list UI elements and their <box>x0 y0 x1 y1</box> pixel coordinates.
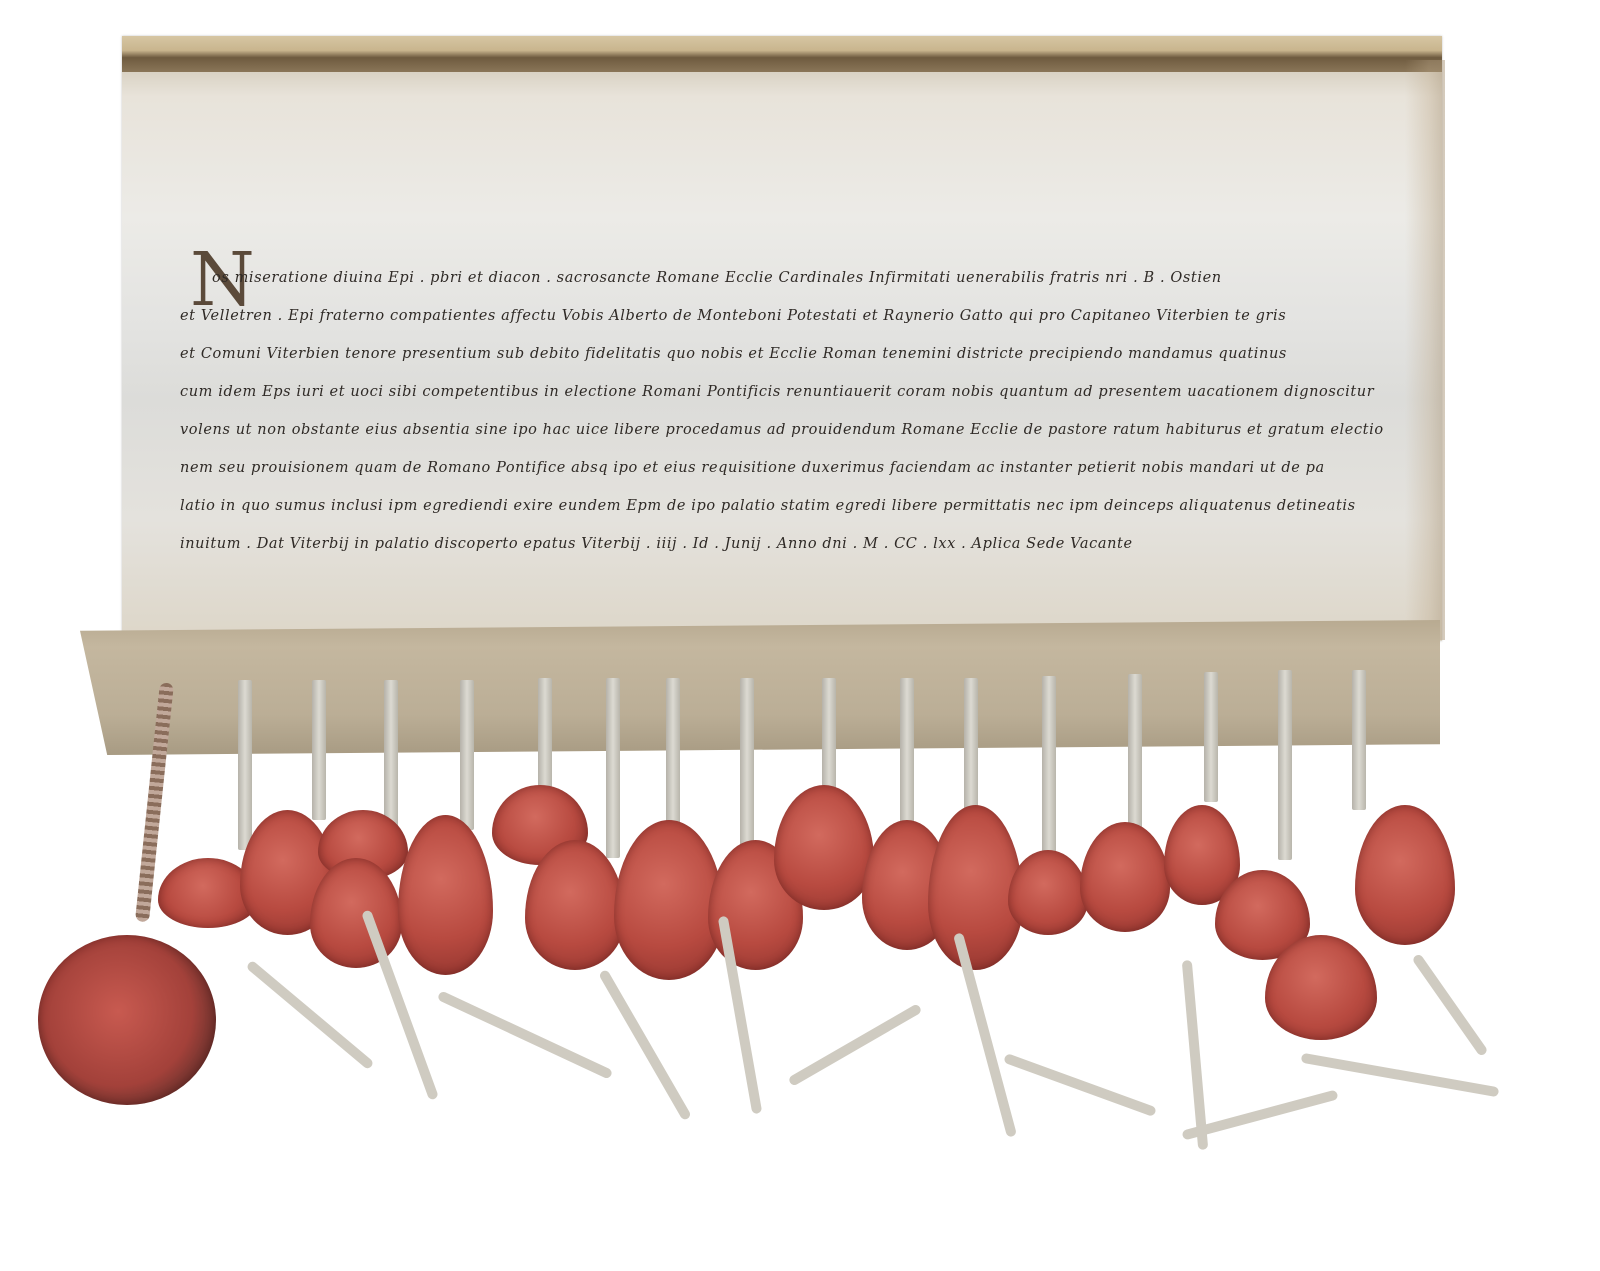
seal-tag <box>312 680 326 820</box>
loose-ribbon <box>788 1003 923 1087</box>
charter-line: os miseratione diuina Epi . pbri et diac… <box>212 270 1222 286</box>
seal-tag <box>1042 676 1056 856</box>
wax-seal <box>1008 850 1088 935</box>
charter-line: nem seu prouisionem quam de Romano Ponti… <box>180 460 1325 476</box>
loose-ribbon <box>1411 953 1488 1057</box>
seal-tag <box>666 678 680 828</box>
round-wax-seal <box>38 935 216 1105</box>
seal-tag <box>1128 674 1142 834</box>
loose-ribbon <box>437 990 613 1079</box>
plica-fold <box>80 620 1440 755</box>
charter-line: cum idem Eps iuri et uoci sibi competent… <box>180 384 1374 400</box>
wax-seal <box>1355 805 1455 945</box>
seal-tag <box>606 678 620 858</box>
seal-tag <box>1204 672 1218 802</box>
parchment-top-edge <box>122 36 1442 72</box>
seal-tag <box>238 680 252 850</box>
loose-ribbon <box>1003 1053 1157 1117</box>
charter-line: inuitum . Dat Viterbij in palatio discop… <box>180 536 1133 552</box>
charter-line: et Velletren . Epi fraterno compatientes… <box>180 308 1286 324</box>
seal-tag <box>1278 670 1292 860</box>
seal-tag <box>1352 670 1366 810</box>
loose-ribbon <box>246 960 375 1071</box>
charter-line: volens ut non obstante eius absentia sin… <box>180 422 1384 438</box>
wax-seal <box>398 815 493 975</box>
wax-seal <box>774 785 874 910</box>
seal-tag <box>822 678 836 798</box>
loose-ribbon <box>1182 960 1209 1150</box>
wax-seal <box>1080 822 1170 932</box>
charter-line: latio in quo sumus inclusi ipm egrediend… <box>180 498 1356 514</box>
wax-seal <box>614 820 724 980</box>
loose-ribbon <box>598 969 692 1121</box>
seal-tag <box>460 680 474 830</box>
seal-tag <box>964 678 978 818</box>
charter-line: et Comuni Viterbien tenore presentium su… <box>180 346 1287 362</box>
parchment-right-edge <box>1405 60 1445 640</box>
